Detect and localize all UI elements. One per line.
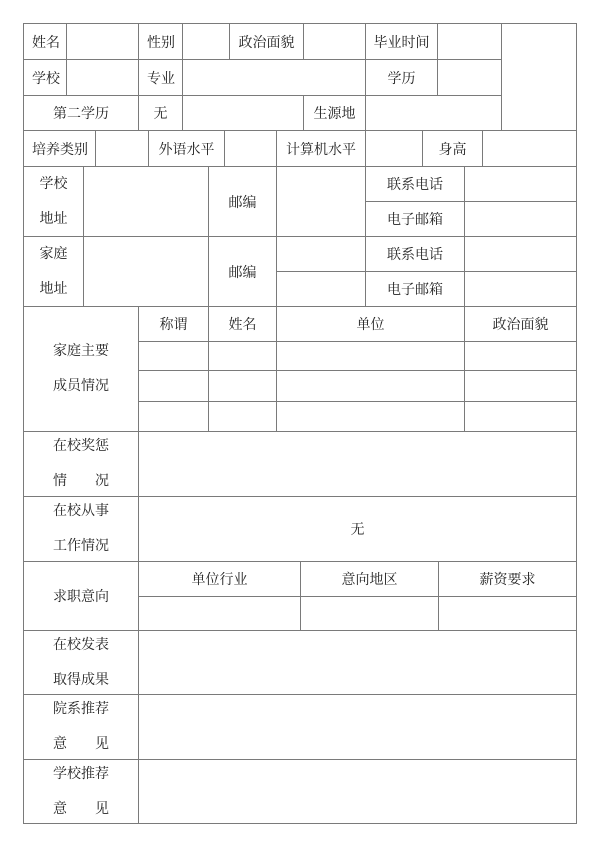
- school-recommend-field[interactable]: [138, 759, 577, 824]
- training-type-label: 培养类别: [23, 130, 96, 167]
- label-text: 政治面貌: [239, 32, 295, 52]
- home-phone-field[interactable]: [464, 236, 577, 272]
- label-text: 电子邮箱: [387, 279, 443, 299]
- header-text: 称谓: [160, 314, 188, 334]
- work-label: 在校从事 工作情况: [23, 496, 139, 562]
- foreign-lang-field[interactable]: [224, 130, 277, 167]
- job-salary-field[interactable]: [438, 596, 577, 631]
- label-text: 外语水平: [159, 139, 215, 159]
- header-text: 姓名: [229, 314, 257, 334]
- job-header-region: 意向地区: [300, 561, 439, 597]
- school-address-field[interactable]: [83, 166, 209, 237]
- work-field[interactable]: 无: [138, 496, 577, 562]
- computer-label: 计算机水平: [276, 130, 366, 167]
- family-header-relation: 称谓: [138, 306, 209, 342]
- foreign-lang-label: 外语水平: [148, 130, 225, 167]
- label-text: 身高: [439, 139, 467, 159]
- label-text: 意: [53, 792, 67, 827]
- school-postcode-field[interactable]: [276, 166, 366, 237]
- school-phone-field[interactable]: [464, 166, 577, 202]
- family-row-3-relation[interactable]: [138, 401, 209, 432]
- label-text: 学校推荐: [53, 757, 109, 792]
- header-text: 政治面貌: [493, 314, 549, 334]
- job-industry-field[interactable]: [138, 596, 301, 631]
- family-row-1-name[interactable]: [208, 341, 277, 371]
- label-text: 工作情况: [53, 529, 109, 564]
- label-text: 学校: [32, 68, 60, 88]
- political-label: 政治面貌: [229, 23, 304, 60]
- label-text: 在校从事: [53, 494, 109, 529]
- header-text: 薪资要求: [480, 569, 536, 589]
- family-row-2-name[interactable]: [208, 370, 277, 402]
- family-row-3-employer[interactable]: [276, 401, 465, 432]
- family-row-3-political[interactable]: [464, 401, 577, 432]
- family-header-name: 姓名: [208, 306, 277, 342]
- gender-label: 性别: [138, 23, 183, 60]
- label-spread: 意 见: [53, 792, 109, 827]
- home-phone-label: 联系电话: [365, 236, 465, 272]
- major-field[interactable]: [182, 59, 366, 96]
- header-text: 单位行业: [192, 569, 248, 589]
- header-text: 意向地区: [342, 569, 398, 589]
- label-text: 学校: [40, 167, 68, 202]
- family-row-2-relation[interactable]: [138, 370, 209, 402]
- job-region-field[interactable]: [300, 596, 439, 631]
- label-text: 性别: [147, 32, 175, 52]
- label-text: 邮编: [229, 192, 257, 212]
- awards-label: 在校奖惩 情 况: [23, 431, 139, 497]
- publish-field[interactable]: [138, 630, 577, 695]
- home-postcode-field-top[interactable]: [276, 236, 366, 272]
- home-email-label: 电子邮箱: [365, 271, 465, 307]
- school-field[interactable]: [66, 59, 139, 96]
- label-text: 毕业时间: [374, 32, 430, 52]
- family-row-1-relation[interactable]: [138, 341, 209, 371]
- computer-field[interactable]: [365, 130, 423, 167]
- home-address-field[interactable]: [83, 236, 209, 307]
- family-label: 家庭主要 成员情况: [23, 306, 139, 432]
- dept-recommend-label: 院系推荐 意 见: [23, 694, 139, 760]
- label-text: 专业: [147, 68, 175, 88]
- family-header-political: 政治面貌: [464, 306, 577, 342]
- gender-field[interactable]: [182, 23, 230, 60]
- photo-area[interactable]: [501, 23, 577, 131]
- label-text: 成员情况: [53, 369, 109, 404]
- political-field[interactable]: [303, 23, 366, 60]
- label-text: 联系电话: [387, 174, 443, 194]
- origin-field[interactable]: [365, 95, 502, 131]
- grad-time-field[interactable]: [437, 23, 502, 60]
- degree-field[interactable]: [437, 59, 502, 96]
- label-text: 在校发表: [53, 628, 109, 663]
- job-intention-label: 求职意向: [23, 561, 139, 631]
- job-header-salary: 薪资要求: [438, 561, 577, 597]
- label-text: 家庭: [40, 237, 68, 272]
- value-text: 无: [154, 103, 168, 123]
- label-text: 家庭主要: [53, 334, 109, 369]
- value-text: 无: [351, 519, 365, 539]
- second-degree-value[interactable]: 无: [138, 95, 183, 131]
- name-label: 姓名: [23, 23, 67, 60]
- label-text: 见: [95, 792, 109, 827]
- school-postcode-label: 邮编: [208, 166, 277, 237]
- label-text: 地址: [40, 202, 68, 237]
- family-row-1-employer[interactable]: [276, 341, 465, 371]
- major-label: 专业: [138, 59, 183, 96]
- home-postcode-field-bottom[interactable]: [276, 271, 366, 307]
- label-text: 院系推荐: [53, 692, 109, 727]
- label-text: 生源地: [314, 103, 356, 123]
- job-header-industry: 单位行业: [138, 561, 301, 597]
- label-text: 培养类别: [32, 139, 88, 159]
- label-text: 第二学历: [53, 103, 109, 123]
- awards-field[interactable]: [138, 431, 577, 497]
- label-text: 学历: [388, 68, 416, 88]
- training-type-field[interactable]: [95, 130, 149, 167]
- family-row-1-political[interactable]: [464, 341, 577, 371]
- label-text: 姓名: [32, 32, 60, 52]
- label-text: 在校奖惩: [53, 429, 109, 464]
- second-degree-label: 第二学历: [23, 95, 139, 131]
- label-text: 电子邮箱: [387, 209, 443, 229]
- family-row-2-political[interactable]: [464, 370, 577, 402]
- height-label: 身高: [422, 130, 483, 167]
- school-address-label: 学校 地址: [23, 166, 84, 237]
- dept-recommend-field[interactable]: [138, 694, 577, 760]
- family-row-2-employer[interactable]: [276, 370, 465, 402]
- publish-label: 在校发表 取得成果: [23, 630, 139, 695]
- family-header-employer: 单位: [276, 306, 465, 342]
- label-text: 地址: [40, 272, 68, 307]
- home-address-label: 家庭 地址: [23, 236, 84, 307]
- label-text: 求职意向: [53, 586, 109, 606]
- home-postcode-label: 邮编: [208, 236, 277, 307]
- origin-label: 生源地: [303, 95, 366, 131]
- school-label: 学校: [23, 59, 67, 96]
- grad-time-label: 毕业时间: [365, 23, 438, 60]
- school-email-label: 电子邮箱: [365, 201, 465, 237]
- family-row-3-name[interactable]: [208, 401, 277, 432]
- name-field[interactable]: [66, 23, 139, 60]
- label-text: 联系电话: [387, 244, 443, 264]
- second-degree-field[interactable]: [182, 95, 304, 131]
- height-field[interactable]: [482, 130, 577, 167]
- school-email-field[interactable]: [464, 201, 577, 237]
- header-text: 单位: [357, 314, 385, 334]
- degree-label: 学历: [365, 59, 438, 96]
- school-phone-label: 联系电话: [365, 166, 465, 202]
- home-email-field[interactable]: [464, 271, 577, 307]
- school-recommend-label: 学校推荐 意 见: [23, 759, 139, 824]
- label-text: 邮编: [229, 262, 257, 282]
- label-text: 计算机水平: [286, 139, 356, 159]
